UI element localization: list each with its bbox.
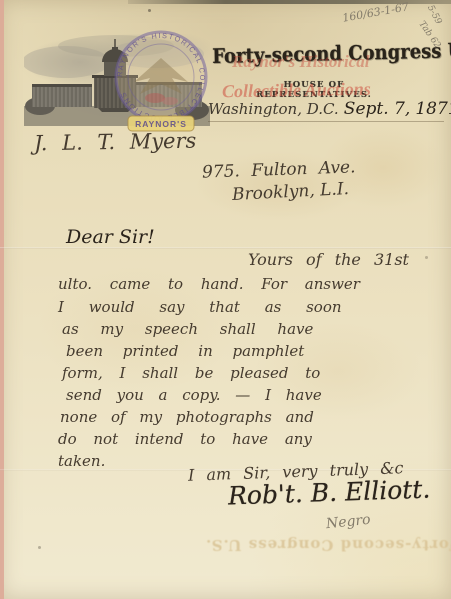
pencil-bottom-note: Negro (325, 512, 371, 533)
paper-speck (425, 256, 428, 259)
dateline-date-handwritten: Sept. 7, (344, 99, 410, 119)
salutation: Dear Sir! (66, 226, 155, 248)
body-line: as my speech shall have (62, 320, 313, 338)
body-line: I would say that as soon (58, 298, 342, 316)
recipient-city: Brooklyn, L.I. (232, 179, 350, 205)
dateline-year: 1871 (415, 99, 451, 119)
body-line: send you a copy. — I have (66, 386, 322, 404)
body-line: do not intend to have any (58, 430, 312, 448)
raynors-auction-stamp: RAYNOR'S HISTORICAL COLLECTIBLE AUCTIONS… (110, 28, 210, 138)
paper-speck (148, 9, 151, 12)
body-line: none of my photographs and (60, 408, 314, 426)
body-line: Yours of the 31st (248, 250, 409, 269)
paper-speck (38, 546, 41, 549)
letterhead-house-line: House of Representatives. (238, 80, 390, 100)
dateline-place: Washington, D.C. (208, 100, 339, 118)
stamp-ribbon-text: RAYNOR'S (135, 119, 187, 129)
body-line: been printed in pamphlet (66, 342, 304, 360)
dateline-rule (208, 121, 444, 122)
body-line: ulto. came to hand. For answer (58, 275, 360, 293)
body-line: form, I shall be pleased to (62, 364, 320, 382)
letterhead-congress-line: Forty-second Congress U.S. (212, 38, 451, 68)
letterhead-showthrough: Forty-second Congress U.S. (205, 536, 451, 554)
dateline: Washington, D.C. Sept. 7, 1871 (208, 99, 451, 119)
recipient-name: J. L. T. Myers (34, 129, 197, 156)
body-line: taken. (58, 452, 105, 470)
signature: Rob't. B. Elliott. (228, 474, 431, 510)
scan-edge-left (0, 0, 4, 599)
scanned-letter-document: RAYNOR'S HISTORICAL COLLECTIBLE AUCTIONS… (0, 0, 451, 599)
